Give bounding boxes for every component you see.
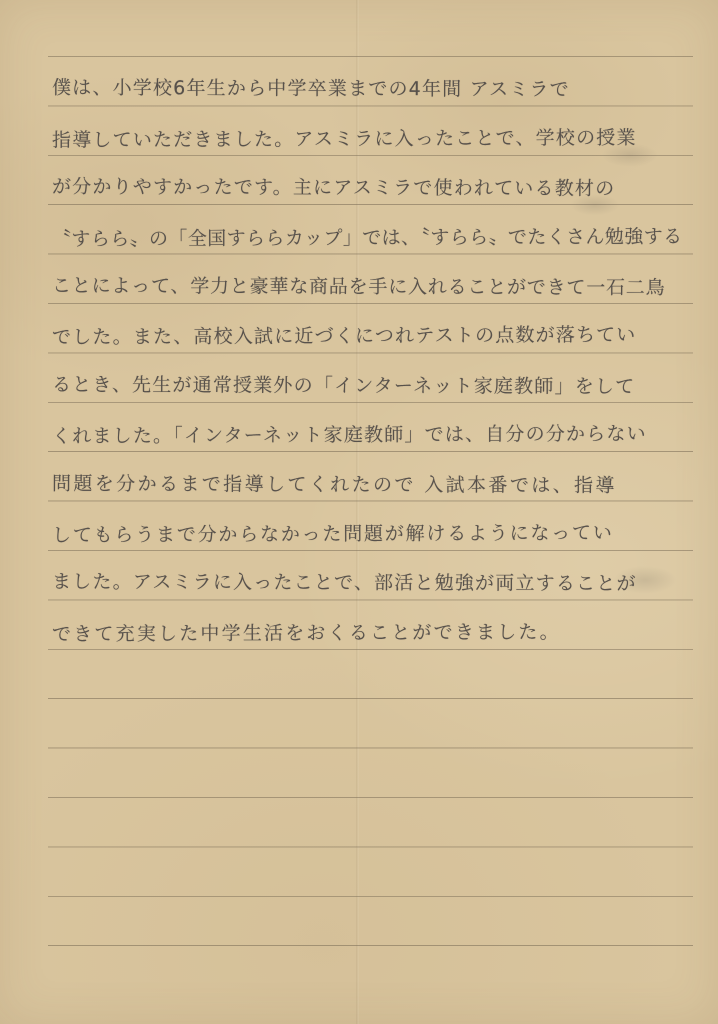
handwritten-line: 指導していただきました。アスミラに入ったことで、学校の授業	[52, 123, 714, 156]
handwritten-line: 僕は、小学校6年生から中学卒業までの4年間 アスミラで	[52, 73, 714, 105]
scanned-letter-page: 僕は、小学校6年生から中学卒業までの4年間 アスミラで 指導していただきました。…	[0, 0, 718, 1024]
handwritten-line: できて充実した中学生活をおくることができました。	[52, 617, 714, 650]
handwritten-line: 問題を分かるまで指導してくれたので 入試本番では、指導	[52, 469, 714, 501]
handwritten-line: くれました。「インターネット家庭教師」では、自分の分からない	[52, 419, 714, 452]
handwritten-line: ことによって、学力と豪華な商品を手に入れることができて一石二鳥	[52, 271, 714, 303]
handwritten-line: してもらうまで分からなかった問題が解けるようになってい	[52, 518, 714, 551]
handwritten-line: るとき、先生が通常授業外の「インターネット家庭教師」をして	[52, 370, 714, 402]
handwritten-line: でした。また、高校入試に近づくにつれテストの点数が落ちてい	[52, 320, 714, 353]
handwritten-line: が分かりやすかったです。主にアスミラで使われている教材の	[52, 172, 714, 204]
handwritten-line: 〝すらら〟の「全国すららカップ」では、〝すらら〟でたくさん勉強する	[52, 222, 714, 255]
handwritten-line: ました。アスミラに入ったことで、部活と勉強が両立することが	[52, 567, 714, 599]
